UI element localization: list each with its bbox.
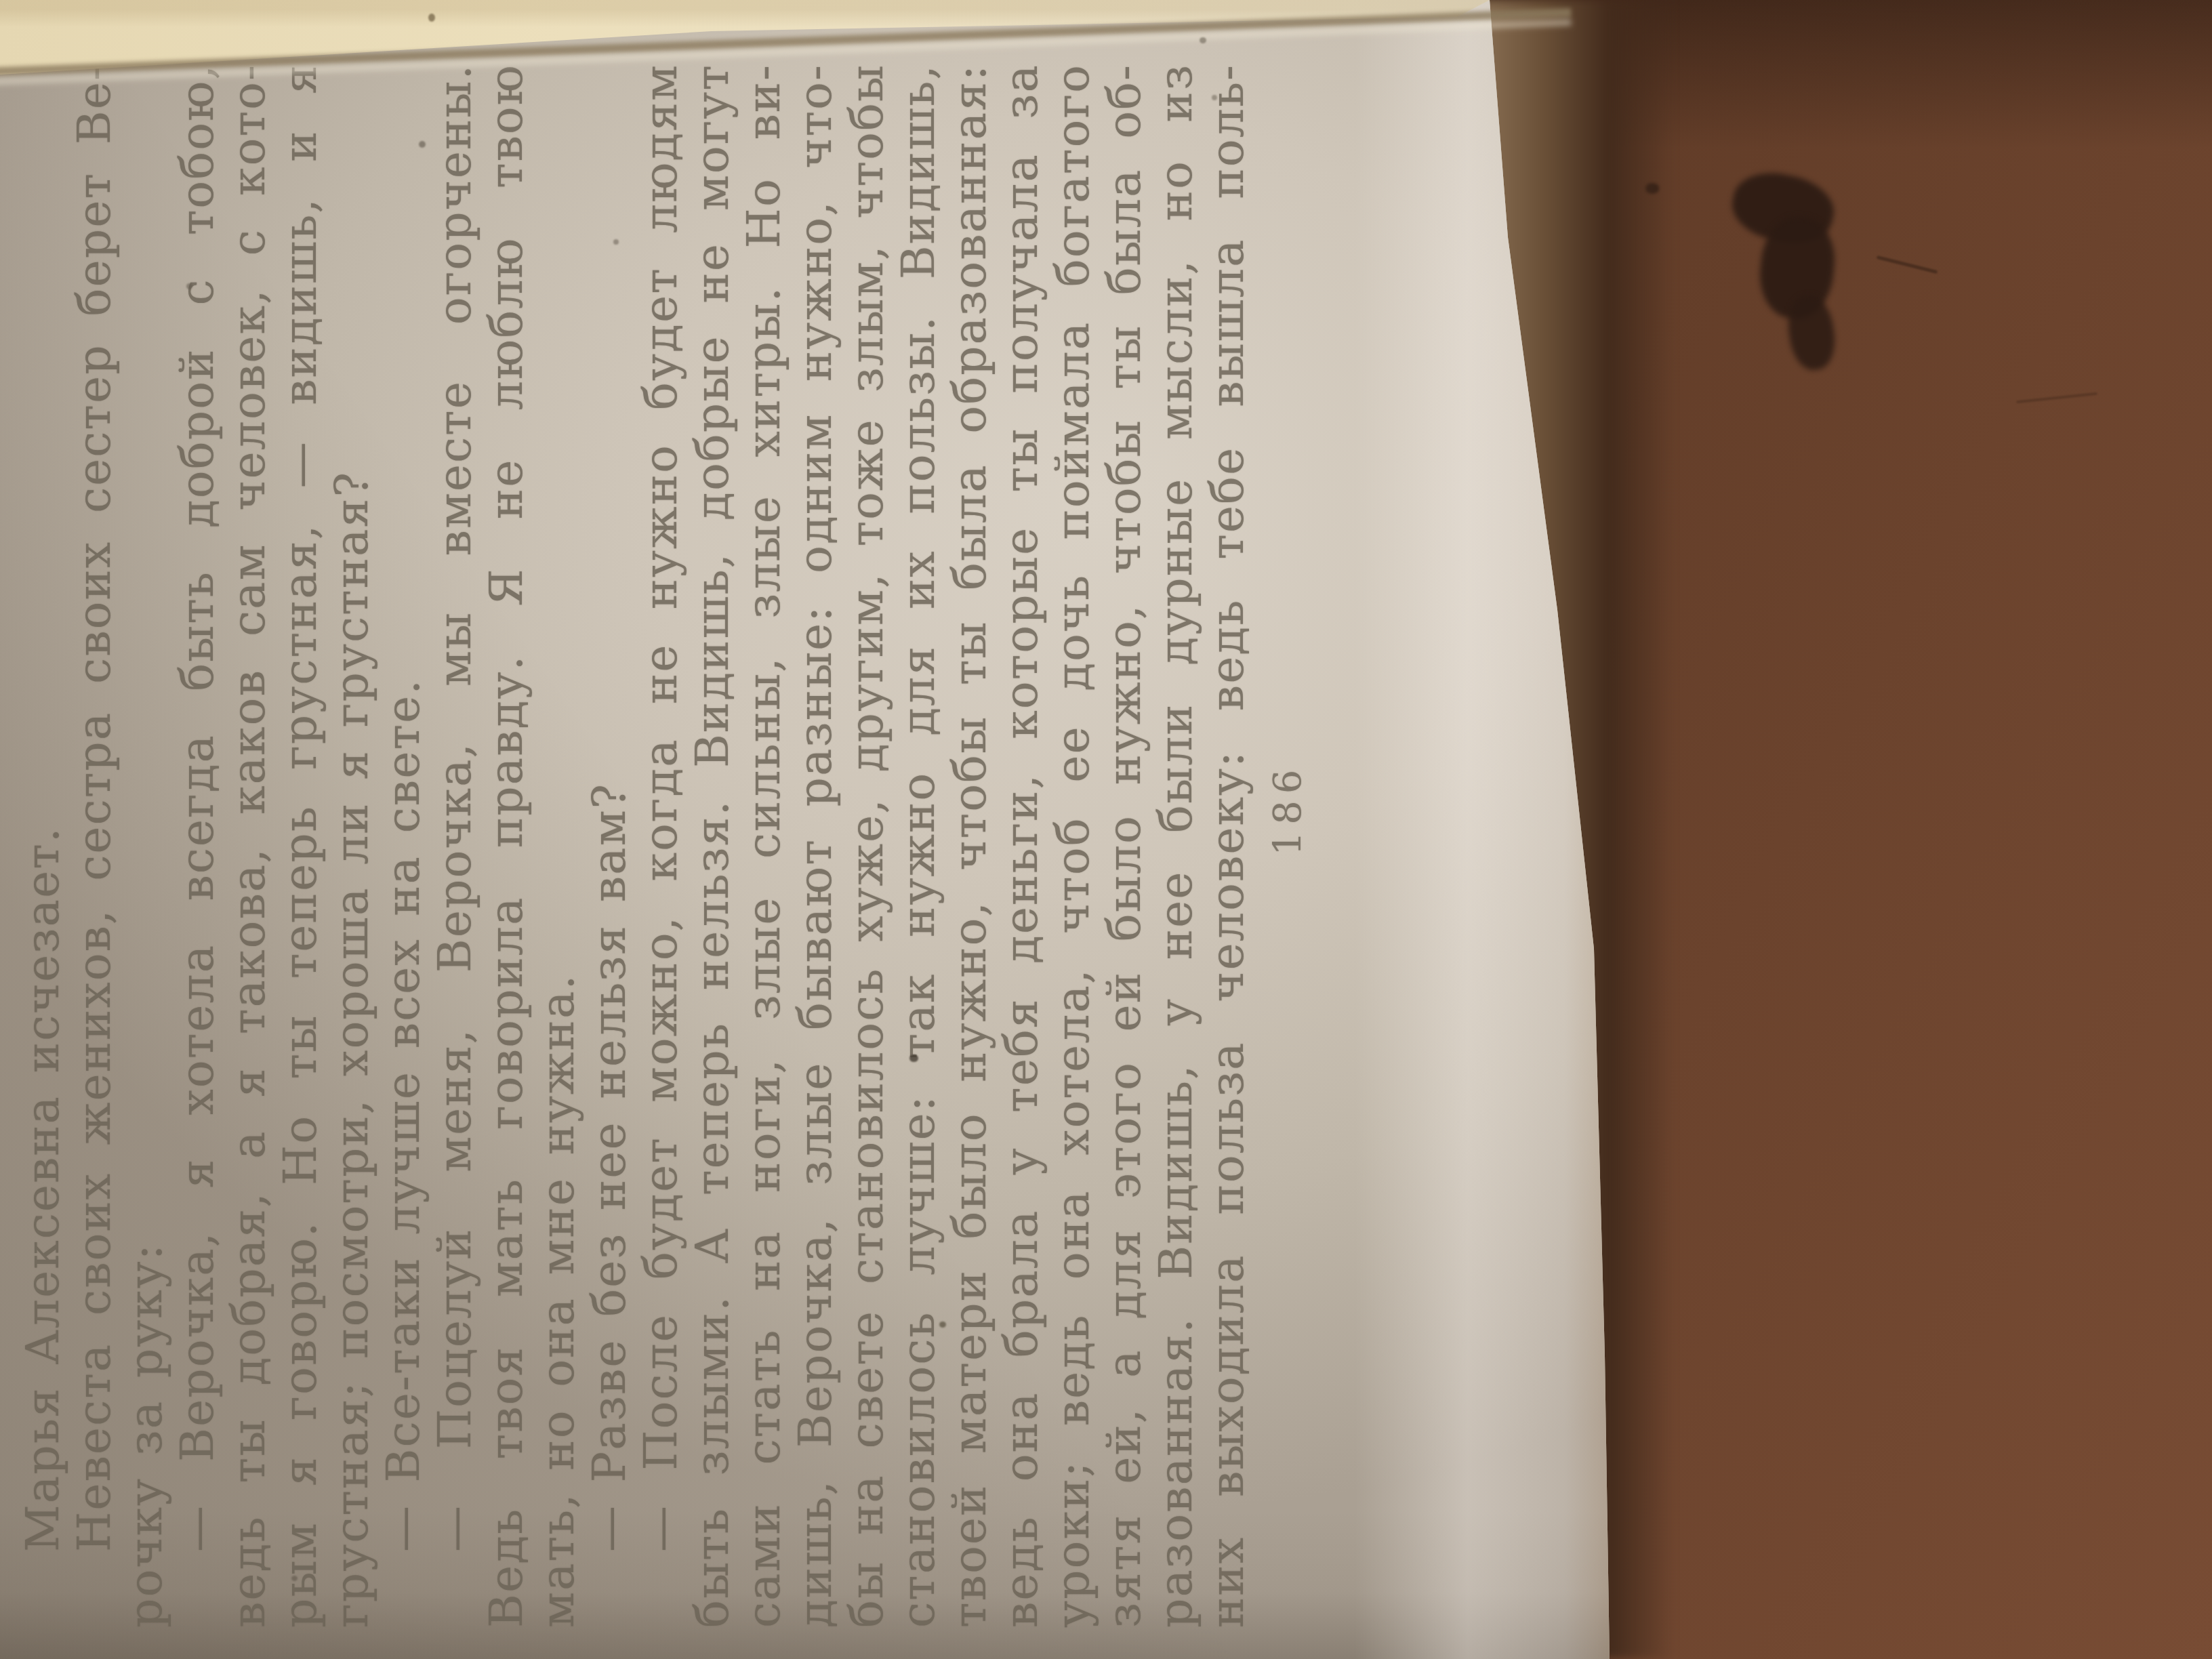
text-line: Невеста своих женихов, сестра своих сест… [69,64,121,1628]
text-line: — Разве без нее нельзя вам? [584,64,636,1628]
paper-speck [291,1576,298,1581]
text-line: Ведь твоя мать говорила правду. Я не люб… [481,64,533,1628]
book-page: Марья Алексевна исчезает.Невеста своих ж… [0,0,1613,1659]
paper-speck [186,283,192,289]
text-line: — Верочка, я хотела всегда быть доброй с… [172,64,224,1628]
text-line: рым я говорю. Но ты теперь грустная, — в… [275,64,327,1628]
paper-speck [939,1322,946,1328]
text-line: становилось лучше: так нужно для их поль… [893,64,945,1628]
paper-speck [428,14,435,22]
text-line: них выходила польза человеку: ведь тебе … [1202,64,1254,1628]
text-line: ведь ты добрая, а я такова, каков сам че… [224,64,275,1628]
text-line: быть злыми. А теперь нельзя. Видишь, доб… [687,64,739,1628]
text-line: зятя ей, а для этого ей было нужно, чтоб… [1099,64,1151,1628]
page-number: 186 [1266,0,1310,1639]
text-line: — Все-таки лучше всех на свете. [378,64,430,1628]
text-line: рочку за руку: [121,64,172,1628]
text-line: Марья Алексевна исчезает. [18,64,69,1628]
text-line: ведь она брала у тебя деньги, которые ты… [996,64,1048,1628]
text-line: твоей матери было нужно, чтобы ты была о… [945,64,996,1628]
text-line: сами стать на ноги, злые сильны, злые хи… [739,64,790,1628]
text-line: — После будет можно, когда не нужно буде… [636,64,687,1628]
paper-speck [419,141,426,148]
paper-speck [909,1054,918,1062]
text-line: уроки; ведь она хотела, чтоб ее дочь пой… [1048,64,1099,1628]
text-line: мать, но она мне нужна. [533,64,584,1628]
text-line: дишь, Верочка, злые бывают разные: одним… [790,64,842,1628]
book-photo: Марья Алексевна исчезает.Невеста своих ж… [0,0,2212,1659]
text-line: — Поцелуй меня, Верочка, мы вместе огорч… [430,64,481,1628]
paper-speck [613,239,619,245]
text-line: разованная. Видишь, у нее были дурные мы… [1151,64,1202,1628]
text-line: бы на свете становилось хуже, другим, то… [842,64,893,1628]
page-text-column: Марья Алексевна исчезает.Невеста своих ж… [0,0,1254,1659]
paper-speck [1212,95,1217,100]
text-line: грустная; посмотри, хороша ли я грустная… [327,64,378,1628]
paper-speck [1200,37,1206,43]
rotated-text-frame: Марья Алексевна исчезает.Невеста своих ж… [0,0,1613,1659]
photo-root: { "page": { "number": "186", "lines": [ … [0,0,2212,1659]
